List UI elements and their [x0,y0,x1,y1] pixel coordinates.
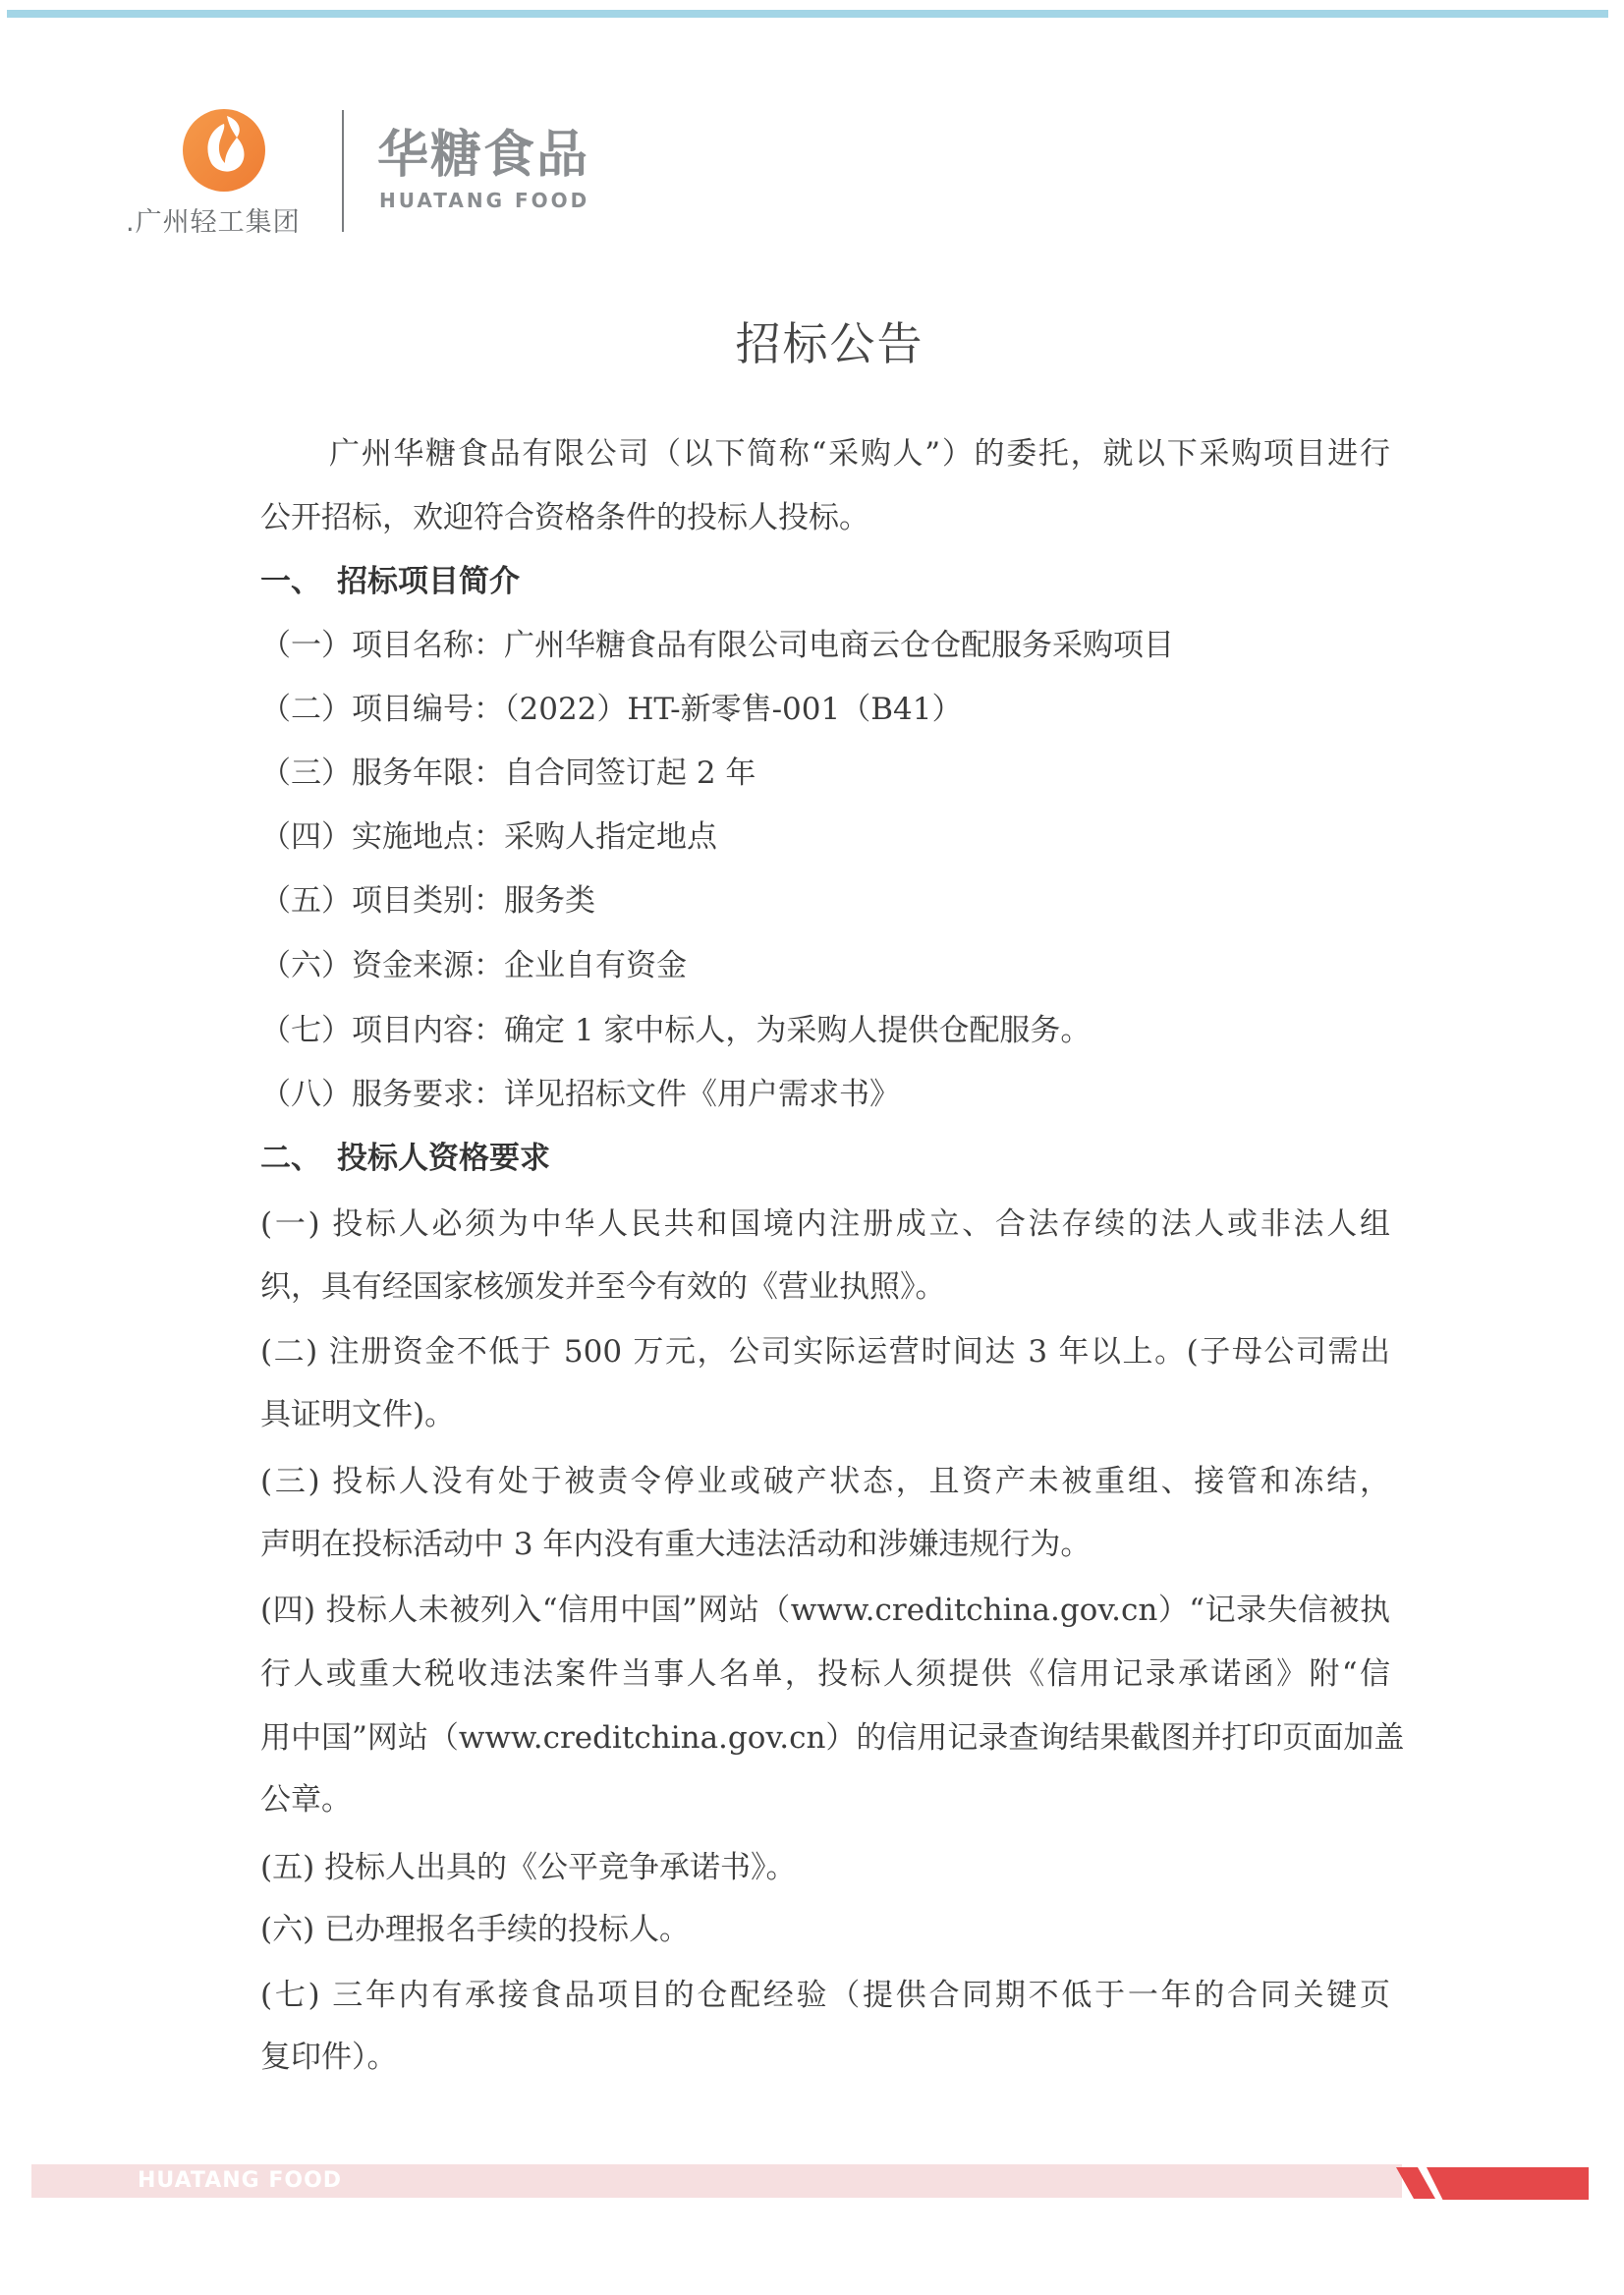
section-2-item-2-line-2: 具证明文件)。 [260,1395,1390,1434]
section-1-item-1: （一）项目名称：广州华糖食品有限公司电商云仓仓配服务采购项目 [260,626,1390,665]
section-2-item-2-line-1: (二) 注册资金不低于 500 万元，公司实际运营时间达 3 年以上。(子母公司… [260,1332,1390,1371]
section-1-heading: 一、招标项目简介 [260,562,1390,601]
section-1-item-8: （八）服务要求：详见招标文件《用户需求书》 [260,1075,1390,1114]
group-name: .广州轻工集团 [126,200,301,239]
section-2-item-7-line-2: 复印件）。 [260,2038,1390,2077]
section-1-item-6: （六）资金来源：企业自有资金 [260,946,1390,985]
section-1-item-7: （七）项目内容：确定 1 家中标人，为采购人提供仓配服务。 [260,1011,1390,1050]
section-2-item-1-line-1: (一) 投标人必须为中华人民共和国境内注册成立、合法存续的法人或非法人组 [260,1204,1390,1244]
logo-divider [342,110,344,232]
section-2-title: 投标人资格要求 [337,1141,550,1176]
section-2-item-4-line-1: (四) 投标人未被列入“信用中国”网站（www.creditchina.gov.… [260,1591,1390,1630]
section-2-number: 二、 [260,1139,337,1178]
section-1-title: 招标项目简介 [337,564,520,599]
section-1-item-3: （三）服务年限：自合同签订起 2 年 [260,754,1390,793]
section-2-item-4-line-4: 公章。 [260,1780,1390,1819]
section-2-item-7-line-1: (七) 三年内有承接食品项目的仓配经验（提供合同期不低于一年的合同关键页 [260,1976,1390,2015]
document-title: 招标公告 [0,316,1624,371]
section-1-number: 一、 [260,562,337,601]
guangzhou-light-industry-logo-icon [182,108,266,193]
section-2-item-4-line-2: 行人或重大税收违法案件当事人名单，投标人须提供《信用记录承诺函》附“信 [260,1654,1390,1694]
intro-line-1: 广州华糖食品有限公司（以下简称“采购人”）的委托，就以下采购项目进行 [329,434,1390,474]
section-2-item-4-line-3: 用中国”网站（www.creditchina.gov.cn）的信用记录查询结果截… [260,1718,1390,1758]
section-2-item-3-line-2: 声明在投标活动中 3 年内没有重大违法活动和涉嫌违规行为。 [260,1525,1390,1564]
brand-name-chinese: 华糖食品 [377,128,589,183]
brand-name-english: HUATANG FOOD [379,190,589,211]
intro-line-2: 公开招标，欢迎符合资格条件的投标人投标。 [260,498,1390,537]
section-2-heading: 二、投标人资格要求 [260,1139,1390,1178]
section-1-item-2: （二）项目编号：（2022）HT-新零售-001（B41） [260,690,1390,729]
footer-accent-bar [1427,2167,1589,2200]
section-2-item-6: (六) 已办理报名手续的投标人。 [260,1910,1390,1949]
section-2-item-1-line-2: 织，具有经国家核颁发并至今有效的《营业执照》。 [260,1267,1390,1307]
section-1-item-4: （四）实施地点：采购人指定地点 [260,817,1390,857]
top-decorative-bar [7,10,1608,18]
section-1-item-5: （五）项目类别：服务类 [260,881,1390,921]
section-2-item-5: (五) 投标人出具的《公平竞争承诺书》。 [260,1848,1390,1887]
section-2-item-3-line-1: (三) 投标人没有处于被责令停业或破产状态，且资产未被重组、接管和冻结， [260,1462,1390,1501]
footer-brand-text: HUATANG FOOD [138,2167,342,2195]
